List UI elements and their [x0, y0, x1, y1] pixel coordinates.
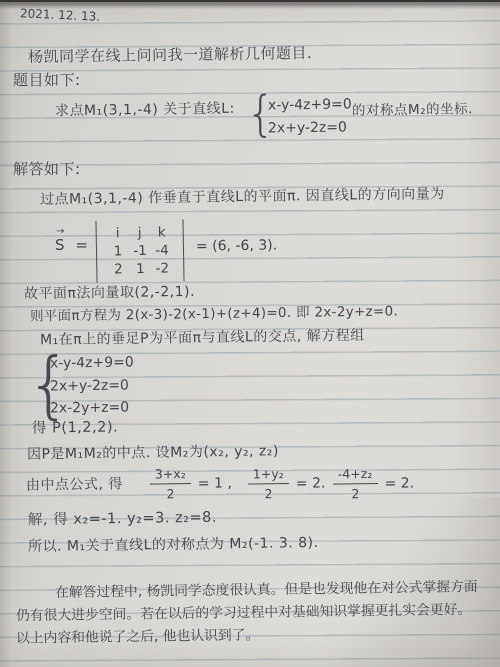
problem-prefix: 求点M₁(3,1,-4) 关于直线L: — [55, 102, 235, 119]
problem-suffix: 的对称点M₂的坐标. — [352, 103, 473, 118]
midpoint-fraction: 1+y₂ 2 = 2. — [248, 465, 326, 501]
solution-line-6: 因P是M₁M₂的中点. 设M₂为(x₂, y₂, z₂) — [27, 444, 279, 462]
problem-label: 题目如下: — [13, 73, 81, 88]
midpoint-fraction: 3+x₂ 2 = 1 , — [150, 465, 232, 501]
matrix-cell: 1 — [107, 242, 129, 260]
solution-line-5: 得 P(1,2,2). — [32, 420, 118, 436]
solution-label: 解答如下: — [13, 162, 81, 177]
midpoint-fraction: -4+z₂ 2 = 2. — [333, 465, 415, 501]
problem-equation-1: x-y-4z+9=0 — [268, 97, 352, 112]
determinant-matrix: i j k 1 -1 -4 2 1 -2 — [95, 219, 184, 283]
left-edge-shadow — [0, 0, 12, 667]
matrix-cell: -1 — [129, 242, 151, 260]
solution-line-8: 解, 得 x₂=-1. y₂=3. z₂=8. — [28, 511, 217, 528]
determinant-result: = (6, -6, 3). — [196, 238, 277, 253]
vector-letter: S — [55, 236, 65, 254]
fraction-denominator: 2 — [150, 484, 191, 502]
system-equation-2: 2x+y-2z=0 — [50, 378, 129, 393]
matrix-cell: -4 — [151, 241, 173, 259]
system-equation-3: 2x-2y+z=0 — [50, 400, 129, 415]
top-edge-shadow — [0, 0, 500, 9]
matrix-cell: -2 — [151, 259, 173, 277]
equals-sign: = — [75, 236, 88, 254]
title: 杨凯同学在线上问问我一道解析几何题目. — [28, 46, 312, 65]
matrix-cell: k — [151, 223, 173, 241]
fraction-denominator: 2 — [333, 484, 378, 502]
fraction-rhs: = 2. — [296, 475, 326, 491]
fraction-numerator: 1+y₂ — [248, 466, 289, 485]
solution-line-2: 故平面π法向量取(2,-2,1). — [24, 285, 195, 301]
matrix-cell: 1 — [129, 260, 151, 278]
problem-equation-2: 2x+y-2z=0 — [268, 120, 347, 135]
matrix-row: 2 1 -2 — [107, 259, 173, 278]
solution-line-9: 所以. M₁关于直线L的对称点为 M₂(-1. 3. 8). — [28, 536, 319, 554]
fraction-numerator: 3+x₂ — [150, 466, 191, 485]
matrix-cell: i — [107, 224, 129, 242]
fraction-rhs: = 2. — [384, 475, 414, 491]
fraction-numerator: -4+z₂ — [333, 466, 378, 485]
notebook-page: 2021. 12. 13. 杨凯同学在线上问问我一道解析几何题目. 题目如下: … — [0, 0, 500, 667]
matrix-row: i j k — [107, 223, 173, 242]
date: 2021. 12. 13. — [20, 7, 101, 22]
fraction-denominator: 2 — [248, 484, 289, 502]
matrix-row: 1 -1 -4 — [107, 241, 173, 260]
system-equation-1: x-y-4z+9=0 — [50, 355, 134, 370]
vector-arrow-icon: → — [56, 227, 64, 237]
matrix-cell: 2 — [107, 260, 129, 278]
vector-symbol: → S — [55, 238, 65, 253]
solution-line-7-prefix: 由中点公式, 得 — [26, 477, 123, 492]
fraction-rhs: = 1 , — [198, 475, 232, 491]
matrix-cell: j — [129, 224, 151, 242]
